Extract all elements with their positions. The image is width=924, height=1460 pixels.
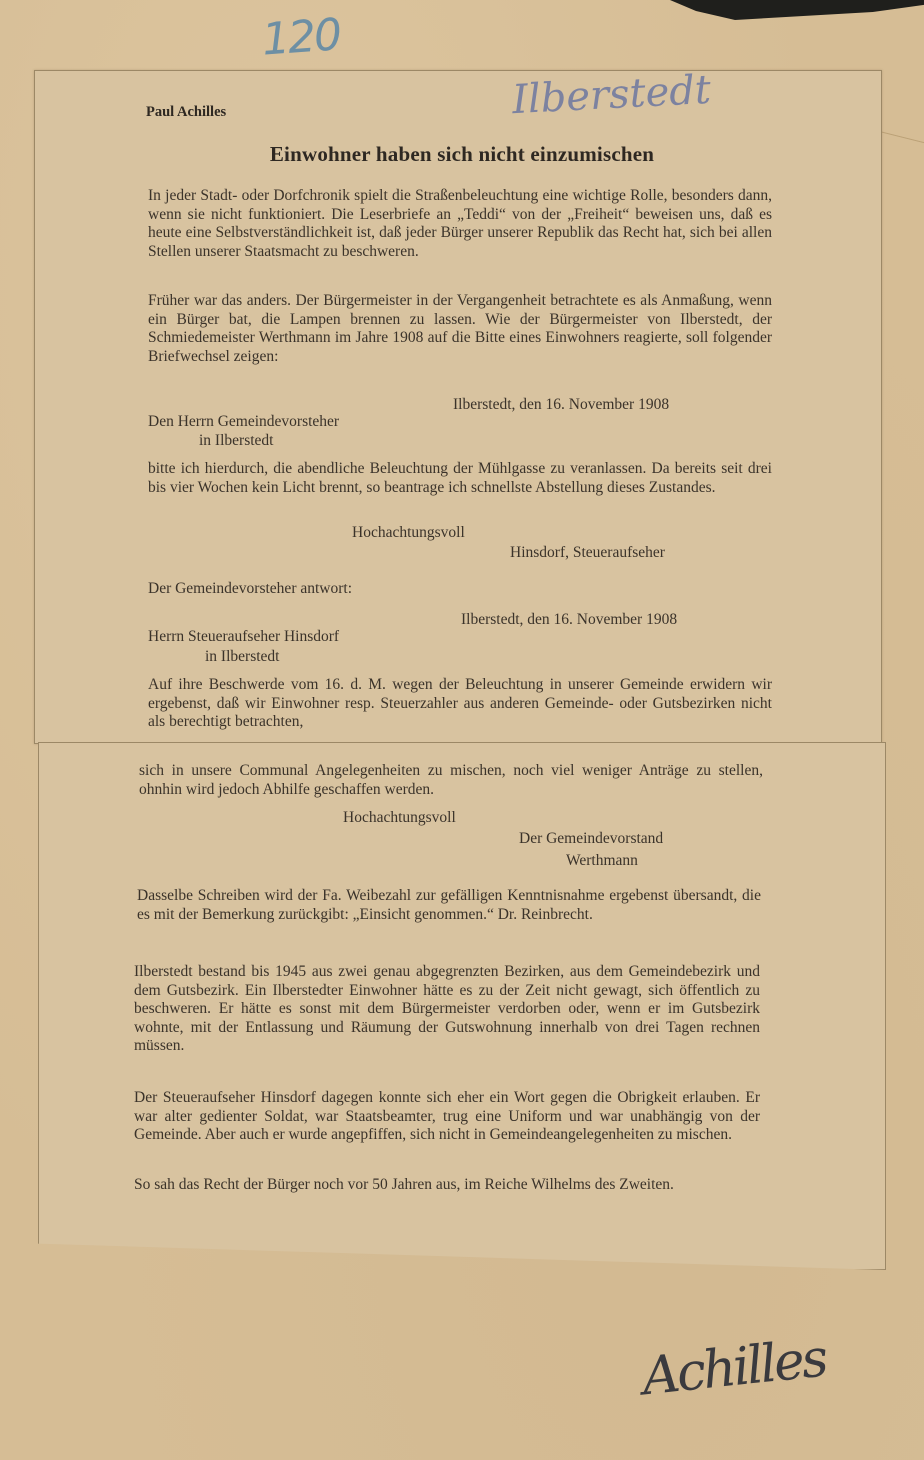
article-headline: Einwohner haben sich nicht einzumischen [0,142,924,167]
paragraph-districts: Ilberstedt bestand bis 1945 aus zwei gen… [134,963,760,1056]
paragraph-history: Früher war das anders. Der Bürgermeister… [148,292,772,366]
paragraph-copy-note: Dasselbe Schreiben wird der Fa. Weibezah… [137,887,761,924]
letter1-date: Ilberstedt, den 16. November 1908 [453,396,669,414]
letter2-addressee-line2: in Ilberstedt [205,648,279,666]
article-author: Paul Achilles [146,104,226,121]
letter2-signer-line2: Werthmann [566,852,638,870]
letter1-addressee-line1: Den Herrn Gemeindevorsteher [148,413,339,431]
handwritten-page-number: 120 [260,9,341,65]
letter2-body-part2: sich in unsere Communal Angelegenheiten … [139,762,763,799]
letter2-body-part1: Auf ihre Beschwerde vom 16. d. M. wegen … [148,676,772,732]
letter2-addressee-line1: Herrn Steueraufseher Hinsdorf [148,628,339,646]
reply-intro: Der Gemeindevorsteher antwort: [148,580,352,598]
letter1-body: bitte ich hierdurch, die abendliche Bele… [148,460,772,497]
letter2-date: Ilberstedt, den 16. November 1908 [461,611,677,629]
letter1-signer: Hinsdorf, Steueraufseher [510,544,665,562]
letter2-signer-line1: Der Gemeindevorstand [519,830,663,848]
paragraph-closing: So sah das Recht der Bürger noch vor 50 … [134,1176,760,1195]
letter2-closing: Hochachtungsvoll [343,809,456,827]
letter1-closing: Hochachtungsvoll [352,524,465,542]
letter1-addressee-line2: in Ilberstedt [199,432,273,450]
paragraph-intro: In jeder Stadt- oder Dorfchronik spielt … [148,187,772,261]
paragraph-hinsdorf: Der Steueraufseher Hinsdorf dagegen konn… [134,1089,760,1145]
